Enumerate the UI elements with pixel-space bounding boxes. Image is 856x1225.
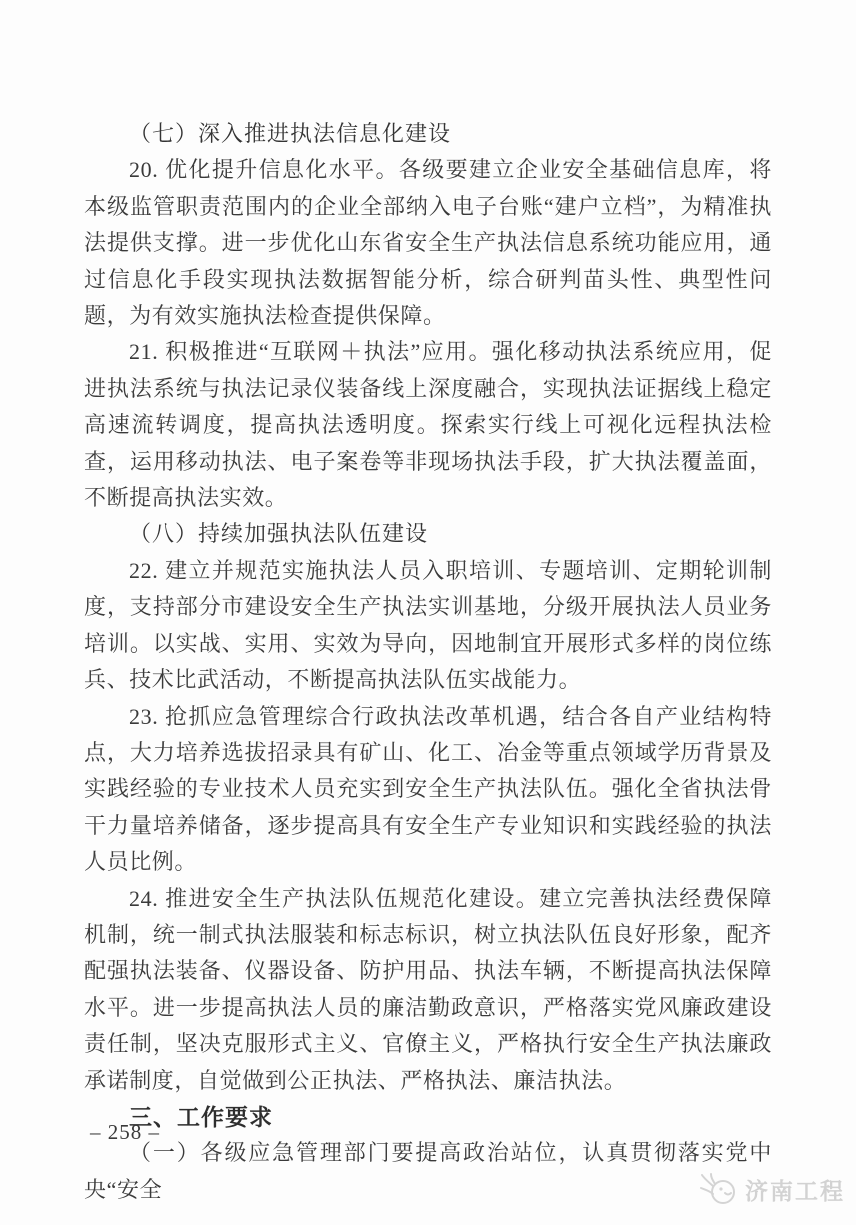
sub-heading-7: （七）深入推进执法信息化建设	[84, 116, 772, 152]
mascot-face-icon	[698, 1172, 740, 1206]
page-number: – 258 –	[90, 1120, 160, 1145]
paragraph-21: 21. 积极推进“互联网＋执法”应用。强化移动执法系统应用，促进执法系统与执法记…	[84, 334, 772, 516]
sub-heading-8: （八）持续加强执法队伍建设	[84, 516, 772, 552]
paragraph-24: 24. 推进安全生产执法队伍规范化建设。建立完善执法经费保障机制，统一制式执法服…	[84, 881, 772, 1099]
section-heading-3: 三、工作要求	[84, 1099, 772, 1135]
document-body: （七）深入推进执法信息化建设 20. 优化提升信息化水平。各级要建立企业安全基础…	[84, 116, 772, 1208]
watermark-label: 济南工程	[745, 1173, 845, 1206]
paragraph-23: 23. 抢抓应急管理综合行政执法改革机遇，结合各自产业结构特点，大力培养选拔招录…	[84, 699, 772, 881]
paragraph-20: 20. 优化提升信息化水平。各级要建立企业安全基础信息库，将本级监管职责范围内的…	[84, 152, 772, 334]
document-page: （七）深入推进执法信息化建设 20. 优化提升信息化水平。各级要建立企业安全基础…	[0, 0, 856, 1225]
paragraph-22: 22. 建立并规范实施执法人员入职培训、专题培训、定期轮训制度，支持部分市建设安…	[84, 553, 772, 699]
paragraph-section3-1: （一）各级应急管理部门要提高政治站位，认真贯彻落实党中央“安全	[84, 1135, 772, 1208]
watermark: 济南工程	[698, 1172, 845, 1206]
